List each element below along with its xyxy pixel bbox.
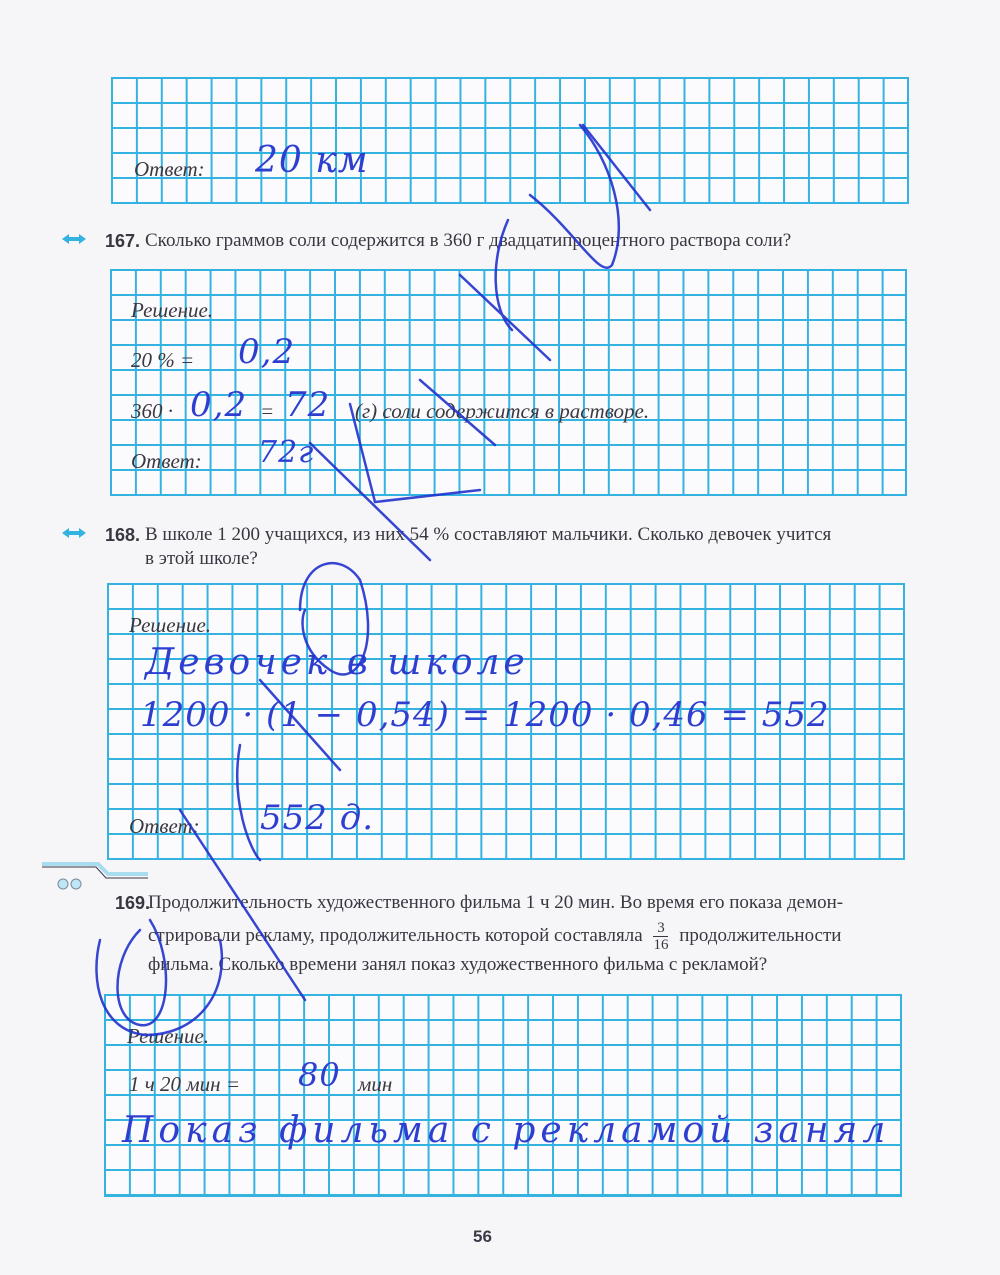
handwritten-value: 0,2	[238, 332, 295, 372]
fraction-numerator: 3	[653, 920, 668, 937]
solution-label: Решение.	[127, 1024, 209, 1049]
answer-label: Ответ:	[129, 814, 200, 839]
task-text-line2: в этой школе?	[145, 546, 905, 572]
double-arrow-icon	[60, 232, 88, 246]
time-expression: 1 ч 20 мин =	[129, 1072, 240, 1097]
fraction: 3 16	[653, 920, 668, 953]
handwritten-answer: 72г	[258, 435, 314, 470]
task-number: 167.	[105, 228, 140, 254]
answer-label: Ответ:	[134, 157, 205, 182]
solution-grid-167	[110, 269, 907, 496]
fraction-denominator: 16	[653, 937, 668, 953]
task-text: Сколько граммов соли содержится в 360 г …	[145, 228, 905, 254]
handwritten-factor: 0,2	[190, 385, 247, 425]
task-text-part: продолжительности	[679, 925, 841, 946]
task-168: 168. В школе 1 200 учащихся, из них 54 %…	[60, 522, 960, 578]
answer-label: Ответ:	[131, 449, 202, 474]
handwritten-answer: 20 км	[255, 140, 369, 181]
solution-label: Решение.	[129, 613, 211, 638]
task-169: 169. Продолжительность художественного ф…	[60, 890, 960, 980]
handwritten-result: 72	[285, 385, 330, 425]
task-number: 168.	[105, 522, 140, 548]
task-text-line1: Продолжительность художественного фильма…	[148, 890, 908, 916]
task-text-line3: фильма. Сколько времени занял показ худо…	[148, 952, 908, 978]
page-number: 56	[473, 1227, 492, 1247]
percent-expression: 20 % =	[131, 348, 194, 373]
equals-sign: =	[260, 399, 274, 424]
multiplication-expression: 360 ·	[131, 399, 173, 424]
handwritten-minutes: 80	[298, 1056, 341, 1094]
task-number: 169.	[115, 890, 150, 916]
double-arrow-icon	[60, 526, 88, 540]
handwritten-answer: 552 д.	[260, 798, 374, 838]
handwritten-line: Девочек в школе	[145, 642, 529, 683]
task-text-line2: стрировали рекламу, продолжительность ко…	[148, 920, 908, 953]
task-167: 167. Сколько граммов соли содержится в 3…	[60, 228, 960, 258]
task-text-line1: В школе 1 200 учащихся, из них 54 % сост…	[145, 522, 905, 548]
answer-grid-top	[111, 77, 909, 204]
solution-label: Решение.	[131, 298, 213, 323]
handwritten-calculation: 1200 · (1 − 0,54) = 1200 · 0,46 = 552	[140, 695, 830, 735]
unit-label: мин	[358, 1072, 392, 1097]
task-text-part: стрировали рекламу, продолжительность ко…	[148, 925, 643, 946]
result-description: (г) соли содержится в растворе.	[355, 399, 649, 424]
handwritten-line: Показ фильма с рекламой занял	[122, 1110, 890, 1151]
